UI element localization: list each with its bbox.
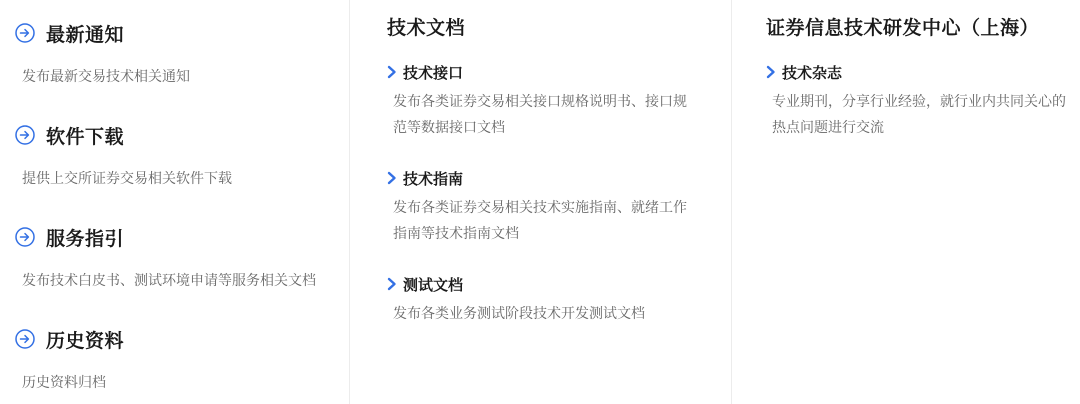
mega-menu-panel: 最新通知 发布最新交易技术相关通知 软件下载 提供上交所证券交易相关软件下载 服… (0, 0, 1080, 404)
chevron-right-icon (766, 65, 776, 79)
nav-item-description: 发布最新交易技术相关通知 (14, 66, 329, 86)
nav-item-historical-materials[interactable]: 历史资料 历史资料归档 (14, 326, 329, 392)
arrow-right-circle-icon (14, 22, 36, 44)
nav-item-description: 发布技术白皮书、测试环境申请等服务相关文档 (14, 270, 329, 290)
nav-item-label: 最新通知 (46, 20, 124, 47)
nav-item-label: 技术杂志 (782, 62, 842, 83)
nav-item-title-row[interactable]: 技术指南 (387, 168, 693, 188)
nav-item-label: 历史资料 (46, 326, 124, 353)
tech-docs-column: 技术文档 技术接口 发布各类证券交易相关接口规格说明书、接口规范等数据接口文档 … (350, 0, 732, 404)
nav-item-description: 发布各类业务测试阶段技术开发测试文档 (393, 300, 693, 326)
chevron-right-icon (387, 277, 397, 291)
nav-item-title-row[interactable]: 最新通知 (14, 20, 329, 46)
nav-item-label: 测试文档 (403, 274, 463, 295)
nav-item-title-row[interactable]: 技术接口 (387, 62, 693, 82)
nav-item-title-row[interactable]: 历史资料 (14, 326, 329, 352)
nav-item-latest-notices[interactable]: 最新通知 发布最新交易技术相关通知 (14, 20, 329, 86)
nav-item-service-guide[interactable]: 服务指引 发布技术白皮书、测试环境申请等服务相关文档 (14, 224, 329, 290)
arrow-right-circle-icon (14, 226, 36, 248)
chevron-right-icon (387, 65, 397, 79)
arrow-right-circle-icon (14, 124, 36, 146)
nav-item-software-downloads[interactable]: 软件下载 提供上交所证券交易相关软件下载 (14, 122, 329, 188)
nav-item-title-row[interactable]: 测试文档 (387, 274, 693, 294)
arrow-right-circle-icon (14, 328, 36, 350)
nav-item-tech-guidelines[interactable]: 技术指南 发布各类证券交易相关技术实施指南、就绪工作指南等技术指南文档 (387, 168, 693, 246)
nav-item-description: 历史资料归档 (14, 372, 329, 392)
nav-item-label: 技术指南 (403, 168, 463, 189)
research-center-heading: 证券信息技术研发中心（上海） (766, 16, 1072, 42)
nav-item-description: 专业期刊，分享行业经验，就行业内共同关心的热点问题进行交流 (772, 88, 1072, 140)
nav-item-label: 技术接口 (403, 62, 463, 83)
nav-item-title-row[interactable]: 技术杂志 (766, 62, 1072, 82)
nav-item-tech-magazine[interactable]: 技术杂志 专业期刊，分享行业经验，就行业内共同关心的热点问题进行交流 (766, 62, 1072, 140)
nav-item-description: 发布各类证券交易相关技术实施指南、就绪工作指南等技术指南文档 (393, 194, 693, 246)
nav-item-description: 发布各类证券交易相关接口规格说明书、接口规范等数据接口文档 (393, 88, 693, 140)
nav-item-title-row[interactable]: 软件下载 (14, 122, 329, 148)
nav-item-test-documents[interactable]: 测试文档 发布各类业务测试阶段技术开发测试文档 (387, 274, 693, 326)
nav-item-description: 提供上交所证券交易相关软件下载 (14, 168, 329, 188)
research-center-column: 证券信息技术研发中心（上海） 技术杂志 专业期刊，分享行业经验，就行业内共同关心… (732, 0, 1080, 404)
quick-links-column: 最新通知 发布最新交易技术相关通知 软件下载 提供上交所证券交易相关软件下载 服… (0, 0, 350, 404)
nav-item-tech-interface[interactable]: 技术接口 发布各类证券交易相关接口规格说明书、接口规范等数据接口文档 (387, 62, 693, 140)
tech-docs-heading: 技术文档 (387, 16, 693, 42)
nav-item-label: 服务指引 (46, 224, 124, 251)
nav-item-title-row[interactable]: 服务指引 (14, 224, 329, 250)
nav-item-label: 软件下载 (46, 122, 124, 149)
chevron-right-icon (387, 171, 397, 185)
